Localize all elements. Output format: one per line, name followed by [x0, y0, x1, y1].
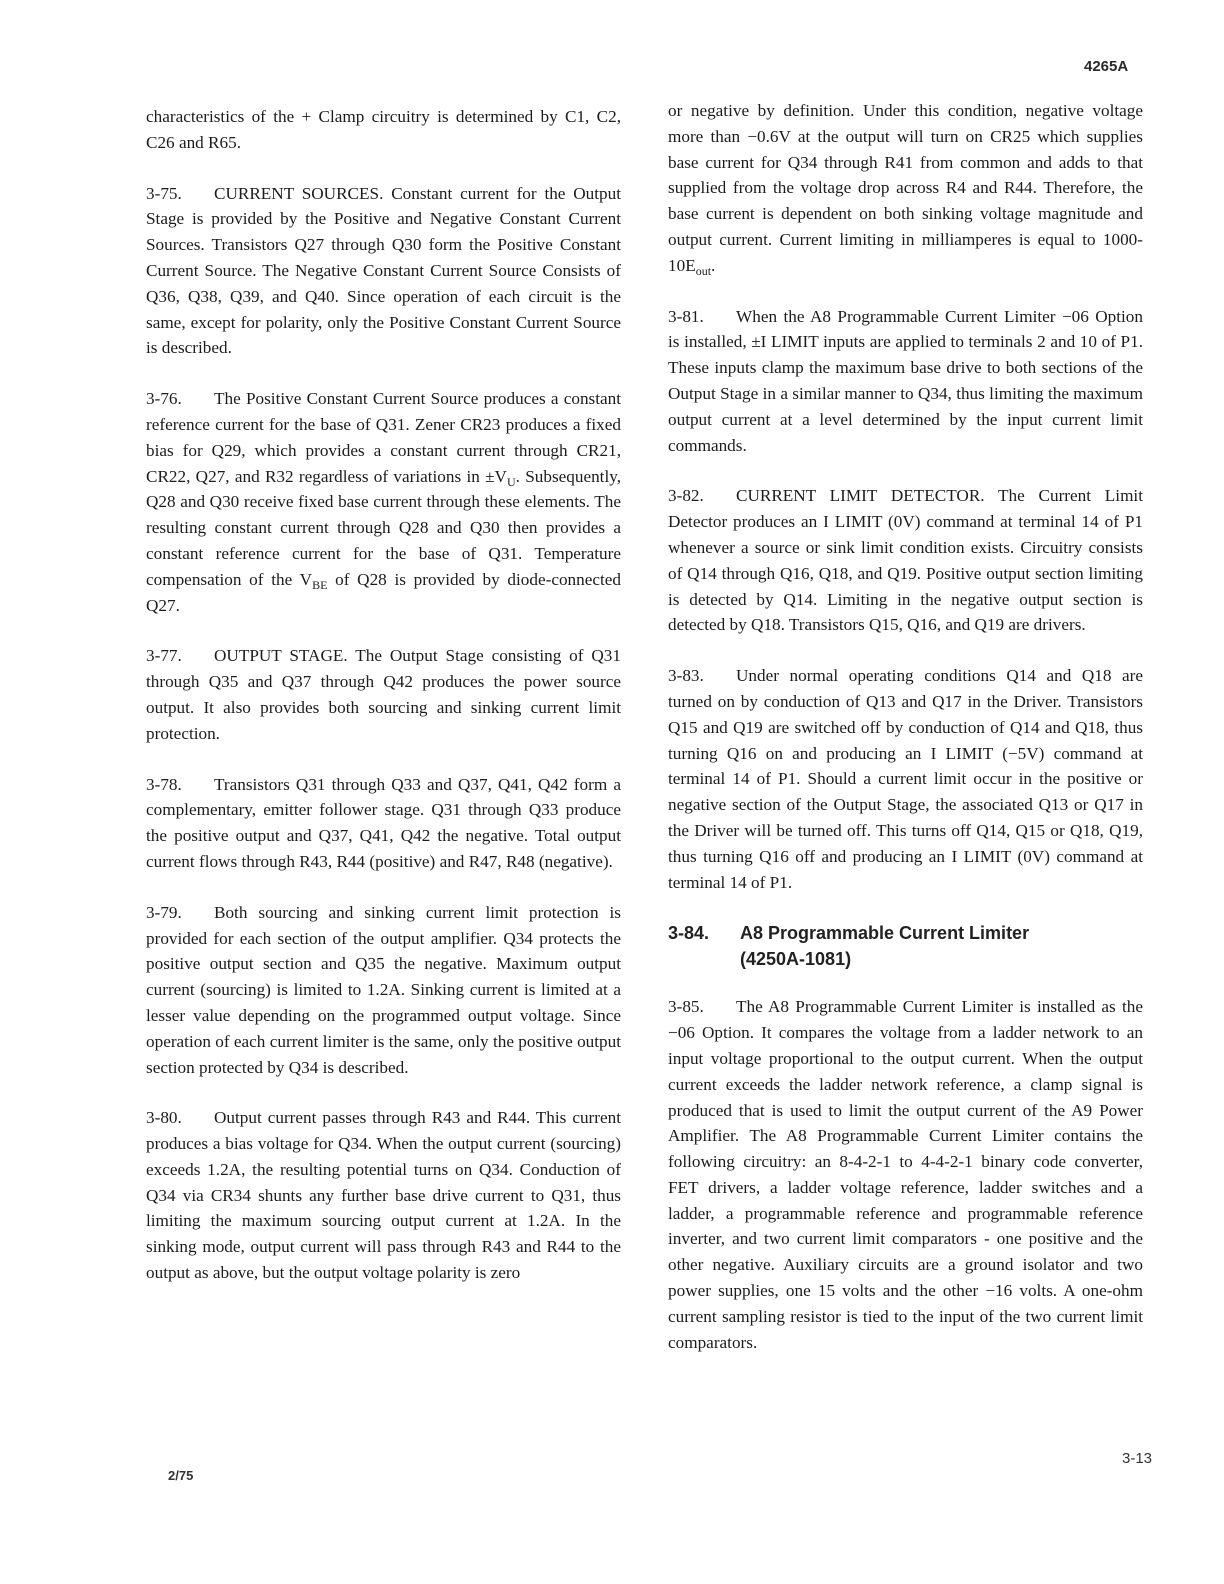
subscript: U: [507, 475, 516, 489]
paragraph-3-78: 3-78.Transistors Q31 through Q33 and Q37…: [146, 772, 621, 875]
paragraph-3-79: 3-79.Both sourcing and sinking current l…: [146, 900, 621, 1081]
paragraph-number: 3-79.: [146, 900, 214, 926]
paragraph-3-75: 3-75.CURRENT SOURCES. Constant current f…: [146, 181, 621, 362]
paragraph-number: 3-83.: [668, 663, 736, 689]
paragraph-3-80: 3-80.Output current passes through R43 a…: [146, 1105, 621, 1286]
left-column: characteristics of the + Clamp circuitry…: [146, 104, 621, 1311]
continuation-paragraph: characteristics of the + Clamp circuitry…: [146, 104, 621, 156]
paragraph-text: CURRENT LIMIT DETECTOR. The Current Limi…: [668, 486, 1143, 634]
footer-date: 2/75: [168, 1468, 193, 1483]
paragraph-3-81: 3-81.When the A8 Programmable Current Li…: [668, 304, 1143, 459]
paragraph-3-77: 3-77.OUTPUT STAGE. The Output Stage cons…: [146, 643, 621, 746]
paragraph-number: 3-77.: [146, 643, 214, 669]
paragraph-text: OUTPUT STAGE. The Output Stage consistin…: [146, 646, 621, 742]
paragraph-number: 3-85.: [668, 994, 736, 1020]
paragraph-number: 3-76.: [146, 386, 214, 412]
paragraph-text: Under normal operating conditions Q14 an…: [668, 666, 1143, 891]
heading-title-line: A8 Programmable Current Limiter: [740, 923, 1029, 943]
paragraph-text: or negative by definition. Under this co…: [668, 101, 1143, 275]
paragraph-text: Both sourcing and sinking current limit …: [146, 903, 621, 1077]
heading-number: 3-84.: [668, 920, 740, 972]
paragraph-text: The A8 Programmable Current Limiter is i…: [668, 997, 1143, 1351]
heading-title: A8 Programmable Current Limiter (4250A-1…: [740, 920, 1029, 972]
paragraph-text: When the A8 Programmable Current Limiter…: [668, 307, 1143, 455]
paragraph-number: 3-78.: [146, 772, 214, 798]
paragraph-number: 3-80.: [146, 1105, 214, 1131]
heading-title-line: (4250A-1081): [740, 949, 851, 969]
paragraph-text: Transistors Q31 through Q33 and Q37, Q41…: [146, 775, 621, 871]
page-number: 3-13: [1122, 1450, 1152, 1467]
paragraph-3-83: 3-83.Under normal operating conditions Q…: [668, 663, 1143, 895]
subscript: out: [696, 264, 711, 278]
subscript: BE: [312, 578, 327, 592]
paragraph-3-85: 3-85.The A8 Programmable Current Limiter…: [668, 994, 1143, 1355]
paragraph-text: .: [711, 256, 715, 275]
paragraph-number: 3-75.: [146, 181, 214, 207]
paragraph-3-82: 3-82.CURRENT LIMIT DETECTOR. The Current…: [668, 483, 1143, 638]
paragraph-number: 3-82.: [668, 483, 736, 509]
document-model-number: 4265A: [1084, 58, 1128, 75]
right-column: or negative by definition. Under this co…: [668, 98, 1143, 1380]
paragraph-3-76: 3-76.The Positive Constant Current Sourc…: [146, 386, 621, 618]
paragraph-text: Output current passes through R43 and R4…: [146, 1108, 621, 1282]
paragraph-text: CURRENT SOURCES. Constant current for th…: [146, 184, 621, 358]
paragraph-number: 3-81.: [668, 304, 736, 330]
section-heading-3-84: 3-84. A8 Programmable Current Limiter (4…: [668, 920, 1143, 972]
continuation-paragraph: or negative by definition. Under this co…: [668, 98, 1143, 279]
